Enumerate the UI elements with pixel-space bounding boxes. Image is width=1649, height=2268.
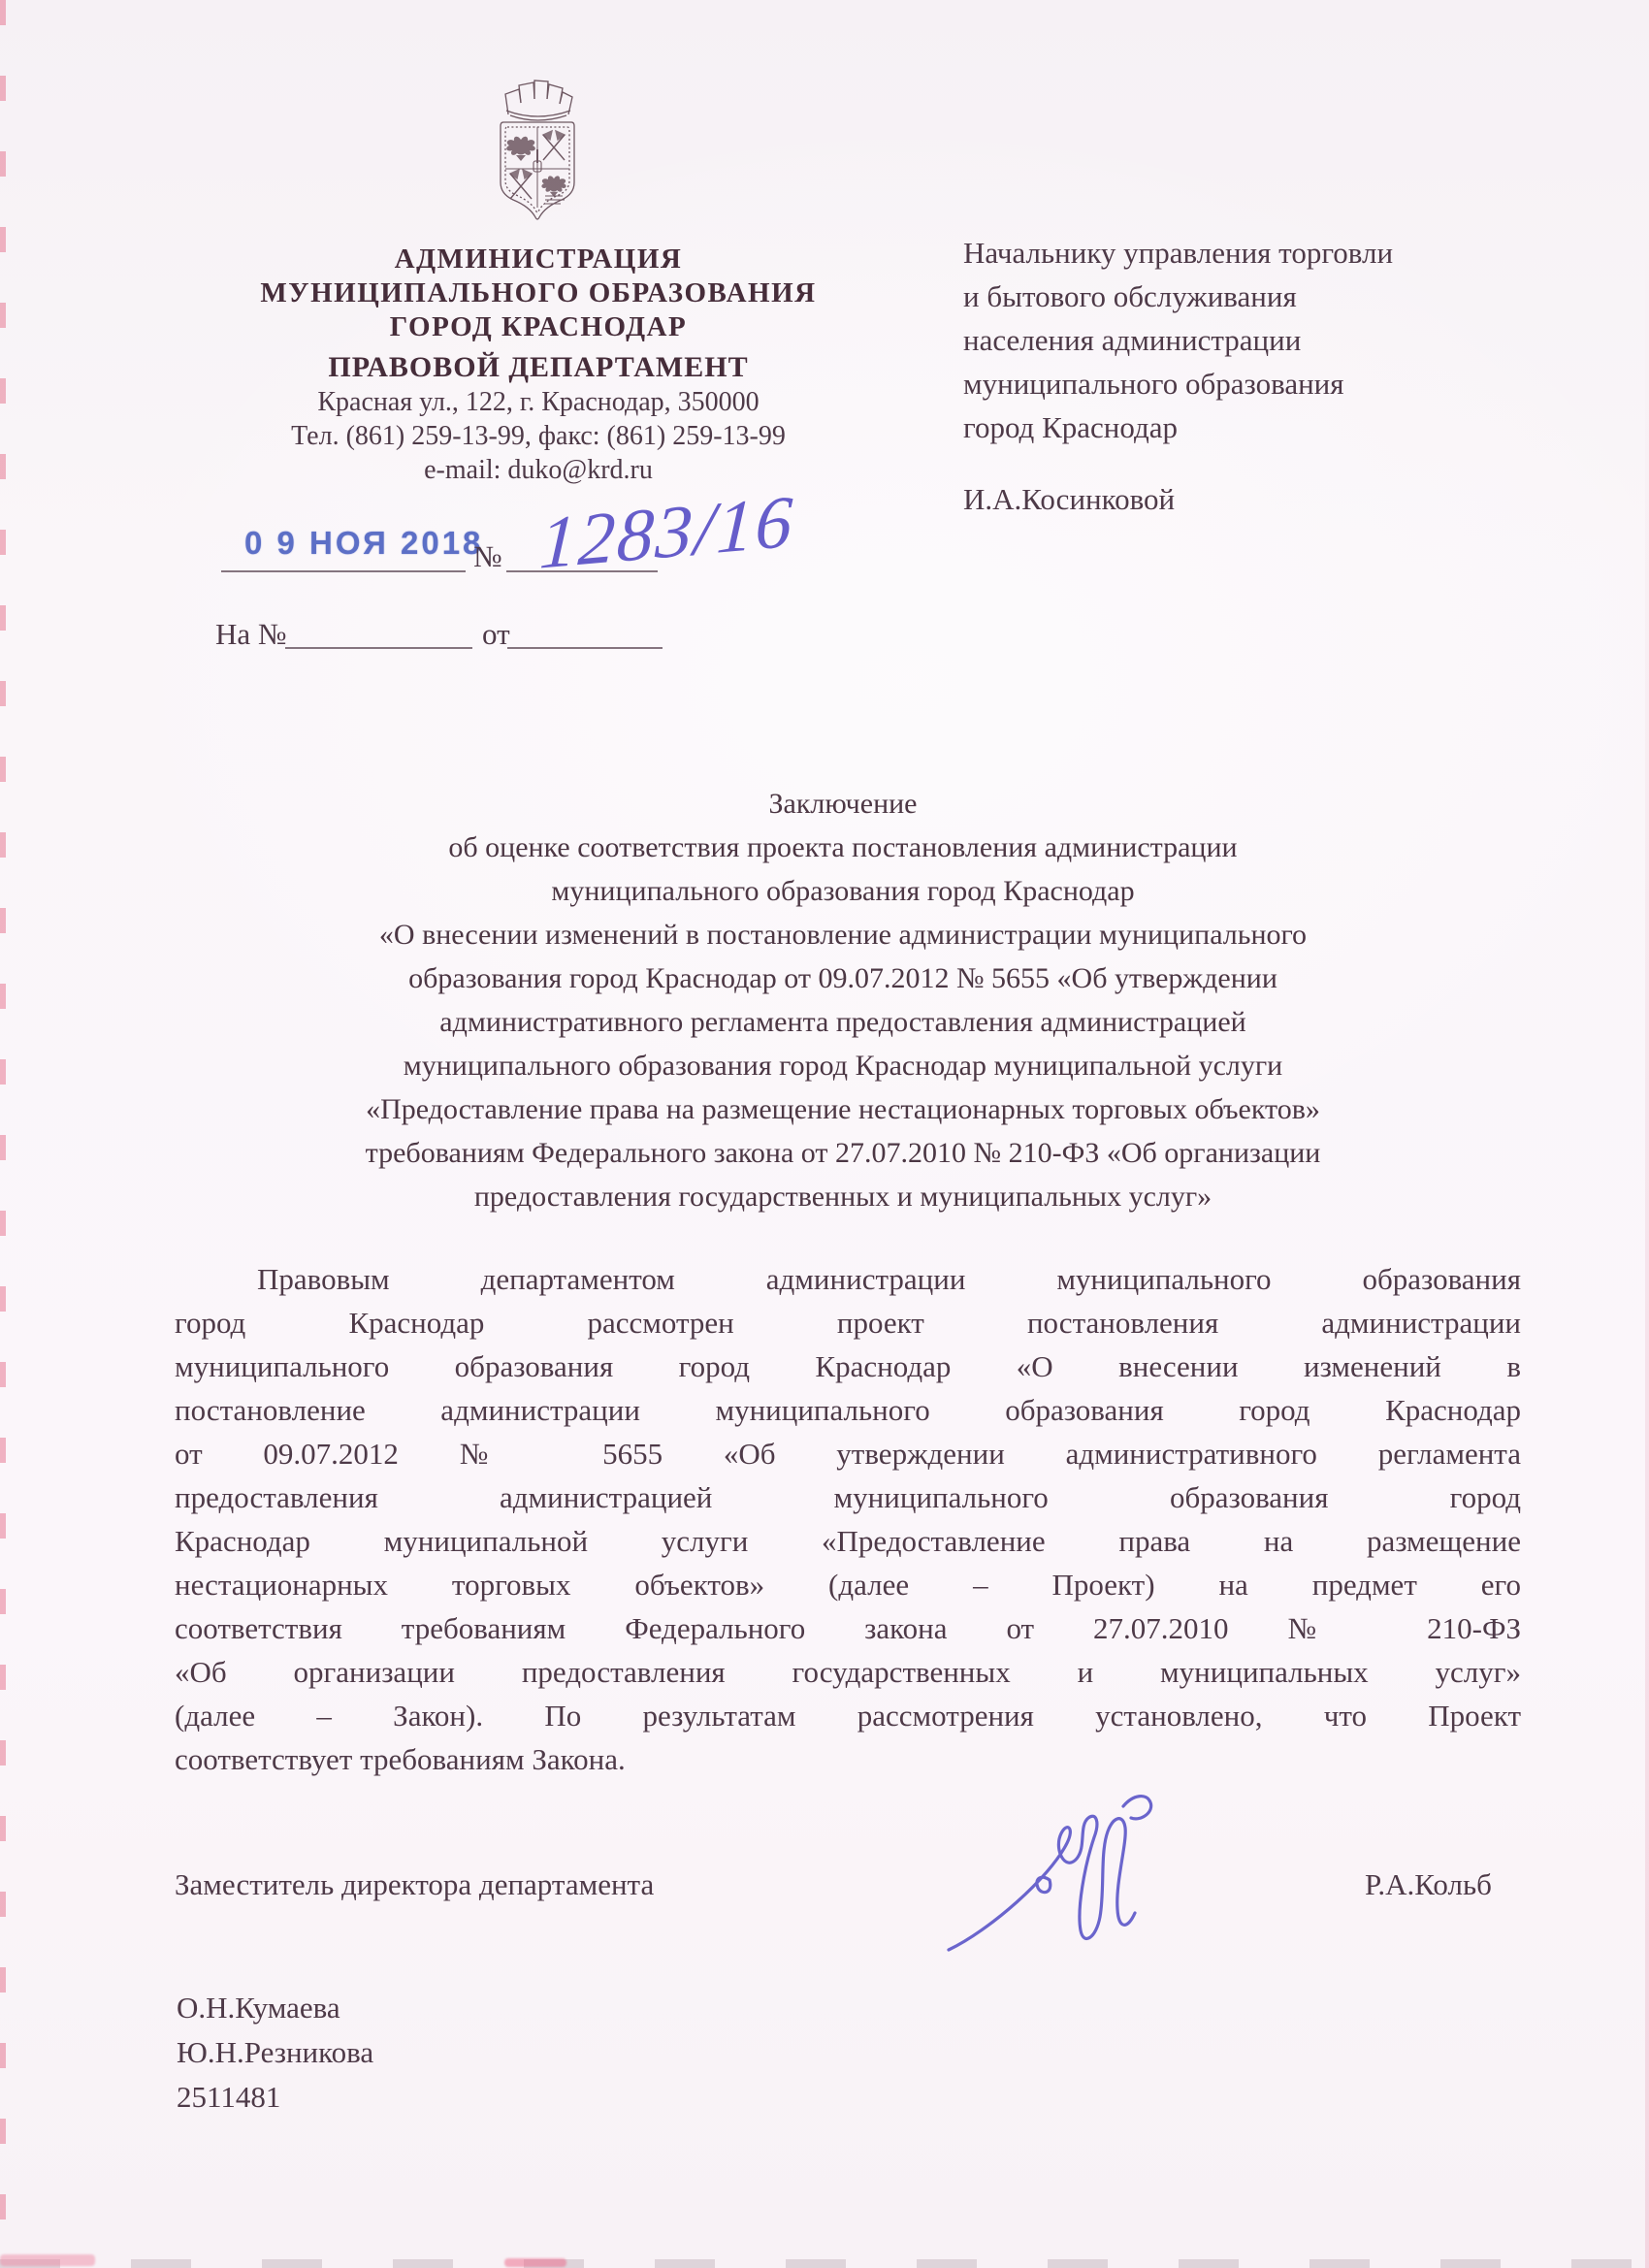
text-line: образования город Краснодар от 09.07.201… xyxy=(165,956,1521,1000)
text-line: «О внесении изменений в постановление ад… xyxy=(165,913,1521,956)
signature-scribble xyxy=(931,1783,1222,1972)
text-line: нестационарных торговых объектов» (далее… xyxy=(175,1563,1521,1606)
handwritten-registration-number: 1283/16 xyxy=(537,479,796,587)
executors-block: О.Н.Кумаева Ю.Н.Резникова 2511481 xyxy=(177,1986,373,2120)
scan-artifact-bottom-edge xyxy=(0,2259,1649,2268)
letterhead-email: e-mail: duko@krd.ru xyxy=(155,455,921,486)
reply-number-label: На № xyxy=(215,617,286,652)
reply-number-underline xyxy=(285,647,472,649)
org-line-1: АДМИНИСТРАЦИЯ xyxy=(155,243,921,276)
text-line: Краснодар муниципальной услуги «Предоста… xyxy=(175,1519,1521,1563)
executor-phone: 2511481 xyxy=(177,2075,373,2120)
text-line: муниципального образования город Краснод… xyxy=(165,869,1521,913)
incoming-date-stamp: 0 9 НОЯ 2018 xyxy=(244,525,483,562)
text-line: (далее – Закон). По результатам рассмотр… xyxy=(175,1694,1521,1737)
text-line: соответствует требованиям Закона. xyxy=(175,1737,1521,1781)
scan-artifact-left-edge xyxy=(0,0,6,2268)
recipient-name: И.А.Косинковой xyxy=(963,482,1175,517)
text-line: Начальнику управления торговли xyxy=(963,231,1526,275)
text-line: «Предоставление права на размещение нест… xyxy=(165,1087,1521,1131)
scan-artifact-bottom-center xyxy=(504,2258,566,2267)
text-line: Заключение xyxy=(165,782,1521,826)
letterhead-address: Красная ул., 122, г. Краснодар, 350000 xyxy=(155,387,921,418)
text-line: город Краснодар xyxy=(963,405,1526,449)
signer-name: Р.А.Кольб xyxy=(1365,1867,1492,1902)
text-line: предоставления администрацией муниципаль… xyxy=(175,1475,1521,1519)
text-line: и бытового обслуживания xyxy=(963,275,1526,318)
text-line: муниципального образования xyxy=(963,362,1526,405)
text-line: административного регламента предоставле… xyxy=(165,1000,1521,1044)
org-line-2: МУНИЦИПАЛЬНОГО ОБРАЗОВАНИЯ xyxy=(155,276,921,310)
text-line: требованиям Федерального закона от 27.07… xyxy=(165,1131,1521,1175)
document-title: Заключениеоб оценке соответствия проекта… xyxy=(165,782,1521,1218)
org-line-3: ГОРОД КРАСНОДАР xyxy=(155,310,921,344)
text-line: предоставления государственных и муницип… xyxy=(165,1175,1521,1218)
text-line: Правовым департаментом администрации мун… xyxy=(175,1257,1521,1301)
number-sign-label: № xyxy=(473,539,502,574)
scanned-letter-page: АДМИНИСТРАЦИЯ МУНИЦИПАЛЬНОГО ОБРАЗОВАНИЯ… xyxy=(0,0,1649,2268)
scan-artifact-bottom-left xyxy=(0,2254,95,2266)
signer-position: Заместитель директора департамента xyxy=(175,1867,654,1902)
letterhead-department: ПРАВОВОЙ ДЕПАРТАМЕНТ xyxy=(155,351,921,384)
scan-artifact-right-edge xyxy=(1645,0,1649,2268)
text-line: муниципального образования город Краснод… xyxy=(165,1044,1521,1087)
reply-date-underline xyxy=(507,647,663,649)
executor-name-2: Ю.Н.Резникова xyxy=(177,2030,373,2075)
text-line: населения администрации xyxy=(963,318,1526,362)
text-line: от 09.07.2012 № 5655 «Об утверждении адм… xyxy=(175,1432,1521,1475)
date-underline xyxy=(221,570,466,572)
letterhead-org-name: АДМИНИСТРАЦИЯ МУНИЦИПАЛЬНОГО ОБРАЗОВАНИЯ… xyxy=(155,243,921,344)
krasnodar-coat-of-arms-icon xyxy=(487,80,588,225)
executor-name-1: О.Н.Кумаева xyxy=(177,1986,373,2030)
text-line: об оценке соответствия проекта постановл… xyxy=(165,826,1521,869)
text-line: постановление администрации муниципально… xyxy=(175,1388,1521,1432)
text-line: муниципального образования город Краснод… xyxy=(175,1345,1521,1388)
letterhead-phone: Тел. (861) 259-13-99, факс: (861) 259-13… xyxy=(155,421,921,452)
reply-date-label: от xyxy=(482,617,510,652)
text-line: город Краснодар рассмотрен проект постан… xyxy=(175,1301,1521,1345)
body-paragraph: Правовым департаментом администрации мун… xyxy=(175,1257,1521,1781)
text-line: «Об организации предоставления государст… xyxy=(175,1650,1521,1694)
recipient-block: Начальнику управления торговлии бытового… xyxy=(963,231,1526,449)
text-line: соответствия требованиям Федерального за… xyxy=(175,1606,1521,1650)
